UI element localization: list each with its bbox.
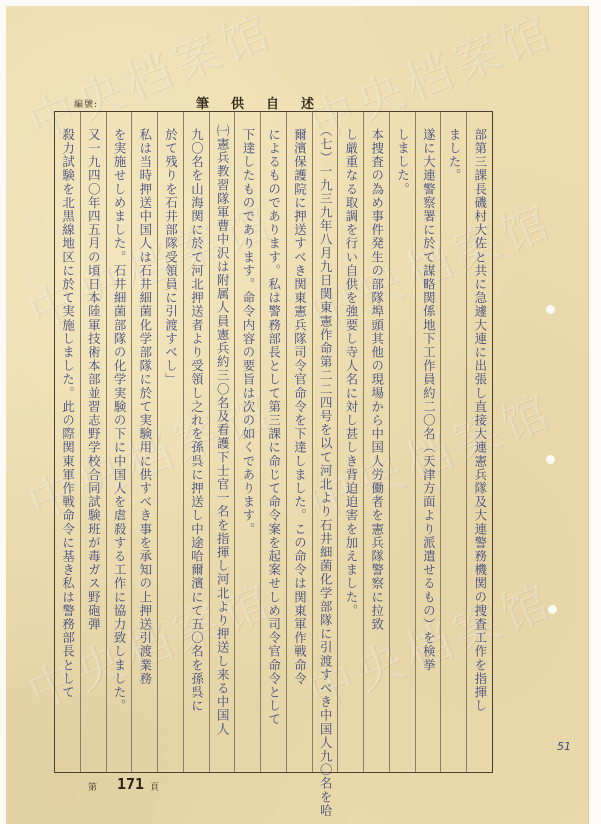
- column-text: 私は当時押送中国人は石井細菌化学部隊に於て実験用に供すべき事を承知の上押送引渡業…: [138, 128, 150, 686]
- archive-margin-note: 51: [557, 740, 571, 753]
- manuscript-grid: 部第三課長磯村大佐と共に急遽大連に出張し直接大連憲兵隊及大連警務機関の捜査工作を…: [54, 111, 493, 773]
- column-text: を実施せしめました。石井細菌部隊の化学実験の下に中国人を虐殺する工作に協力致しま…: [113, 128, 125, 713]
- punch-hole: [546, 455, 555, 464]
- manuscript-column: によるものであります。私は警務部長として第三課に命じて命令案を起案せしめ司令官命…: [260, 112, 286, 772]
- column-text: ました。: [448, 128, 460, 182]
- column-text: 下達したものであります。命令内容の要旨は次の如くであります。: [242, 128, 254, 536]
- manuscript-column: 遂に大連警察署に於て謀略関係地下工作員約二〇名（天津方面より派遣せるもの）を検挙: [415, 112, 441, 772]
- manuscript-column: 爾濱保護院に押送すべき関東憲兵隊司令官命令を下達しました。この命令は関東軍作戦命…: [286, 112, 312, 772]
- manuscript-column: 部第三課長磯村大佐と共に急遽大連に出張し直接大連憲兵隊及大連警務機関の捜査工作を…: [466, 112, 492, 772]
- manuscript-column: 殺力試験を北黒線地区に於て実施しました。此の際関東軍作戦命令に基き私は警務部長と…: [55, 112, 80, 772]
- page-prefix-label: 第: [88, 780, 97, 793]
- column-text: 於て残りを石井部隊受領員に引渡すべし」: [164, 128, 176, 386]
- punch-hole: [548, 605, 557, 614]
- title-char: 自: [266, 93, 279, 112]
- manuscript-column: しました。: [389, 112, 415, 772]
- manuscript-column: ㈠憲兵教習隊軍曹中沢は附属人員憲兵約三〇名及看護下士官一名を指揮し河北より押送し…: [209, 112, 235, 772]
- column-text: し厳重なる取調を行い自供を強要し寺人名に対し甚しき背迫迫害を加えました。: [345, 128, 357, 618]
- column-text: 又一九四〇年四五月の頃日本陸軍技術本部並習志野学校合同試験班が毒ガス野砲弾: [87, 128, 99, 631]
- title-char: 述: [301, 93, 314, 112]
- title-char: 供: [231, 93, 244, 112]
- manuscript-column: 下達したものであります。命令内容の要旨は次の如くであります。: [234, 112, 260, 772]
- manuscript-column: 於て残りを石井部隊受領員に引渡すべし」: [157, 112, 183, 772]
- punch-hole: [546, 305, 555, 314]
- manuscript-column: 九〇名を山海関に於て河北押送者より受領し之れを孫呉に押送し中途哈爾濱にて五〇名を…: [183, 112, 209, 772]
- column-text: 殺力試験を北黒線地区に於て実施しました。此の際関東軍作戦命令に基き私は警務部長と…: [61, 128, 73, 699]
- document-number-label: 編號:: [74, 97, 98, 110]
- column-text: しました。: [396, 128, 408, 196]
- manuscript-column: 本捜査の為め事件発生の部隊埠頭其他の現場から中国人労働者を憲兵隊警察に拉致: [363, 112, 389, 772]
- manuscript-column: 私は当時押送中国人は石井細菌化学部隊に於て実験用に供すべき事を承知の上押送引渡業…: [131, 112, 157, 772]
- column-text: によるものであります。私は警務部長として第三課に命じて命令案を起案せしめ司令官命…: [267, 128, 279, 726]
- column-text: 爾濱保護院に押送すべき関東憲兵隊司令官命令を下達しました。この命令は関東軍作戦命…: [293, 128, 305, 686]
- column-text: 遂に大連警察署に於て謀略関係地下工作員約二〇名（天津方面より派遣せるもの）を検挙: [422, 128, 434, 672]
- column-text: 本捜査の為め事件発生の部隊埠頭其他の現場から中国人労働者を憲兵隊警察に拉致: [370, 128, 382, 631]
- column-text: 九〇名を山海関に於て河北押送者より受領し之れを孫呉に押送し中途哈爾濱にて五〇名を…: [190, 128, 202, 713]
- manuscript-column: ました。: [440, 112, 466, 772]
- title-char: 筆: [196, 93, 209, 112]
- manuscript-column: を実施せしめました。石井細菌部隊の化学実験の下に中国人を虐殺する工作に協力致しま…: [106, 112, 132, 772]
- column-text: 部第三課長磯村大佐と共に急遽大連に出張し直接大連憲兵隊及大連警務機関の捜査工作を…: [473, 128, 485, 713]
- page-suffix-label: 頁: [150, 780, 159, 793]
- manuscript-column: （七）一九三九年八月九日関東憲作命第二二四号を以て河北より石井細菌化学部隊に引渡…: [312, 112, 338, 772]
- page-number: 171: [117, 775, 144, 793]
- manuscript-column: 又一九四〇年四五月の頃日本陸軍技術本部並習志野学校合同試験班が毒ガス野砲弾: [80, 112, 106, 772]
- column-text: ㈠憲兵教習隊軍曹中沢は附属人員憲兵約三〇名及看護下士官一名を指揮し河北より押送し…: [216, 124, 228, 736]
- manuscript-column: し厳重なる取調を行い自供を強要し寺人名に対し甚しき背迫迫害を加えました。: [337, 112, 363, 772]
- column-text: （七）一九三九年八月九日関東憲作命第二二四号を以て河北より石井細菌化学部隊に引渡…: [319, 124, 331, 818]
- document-title: 筆 供 自 述: [196, 93, 314, 112]
